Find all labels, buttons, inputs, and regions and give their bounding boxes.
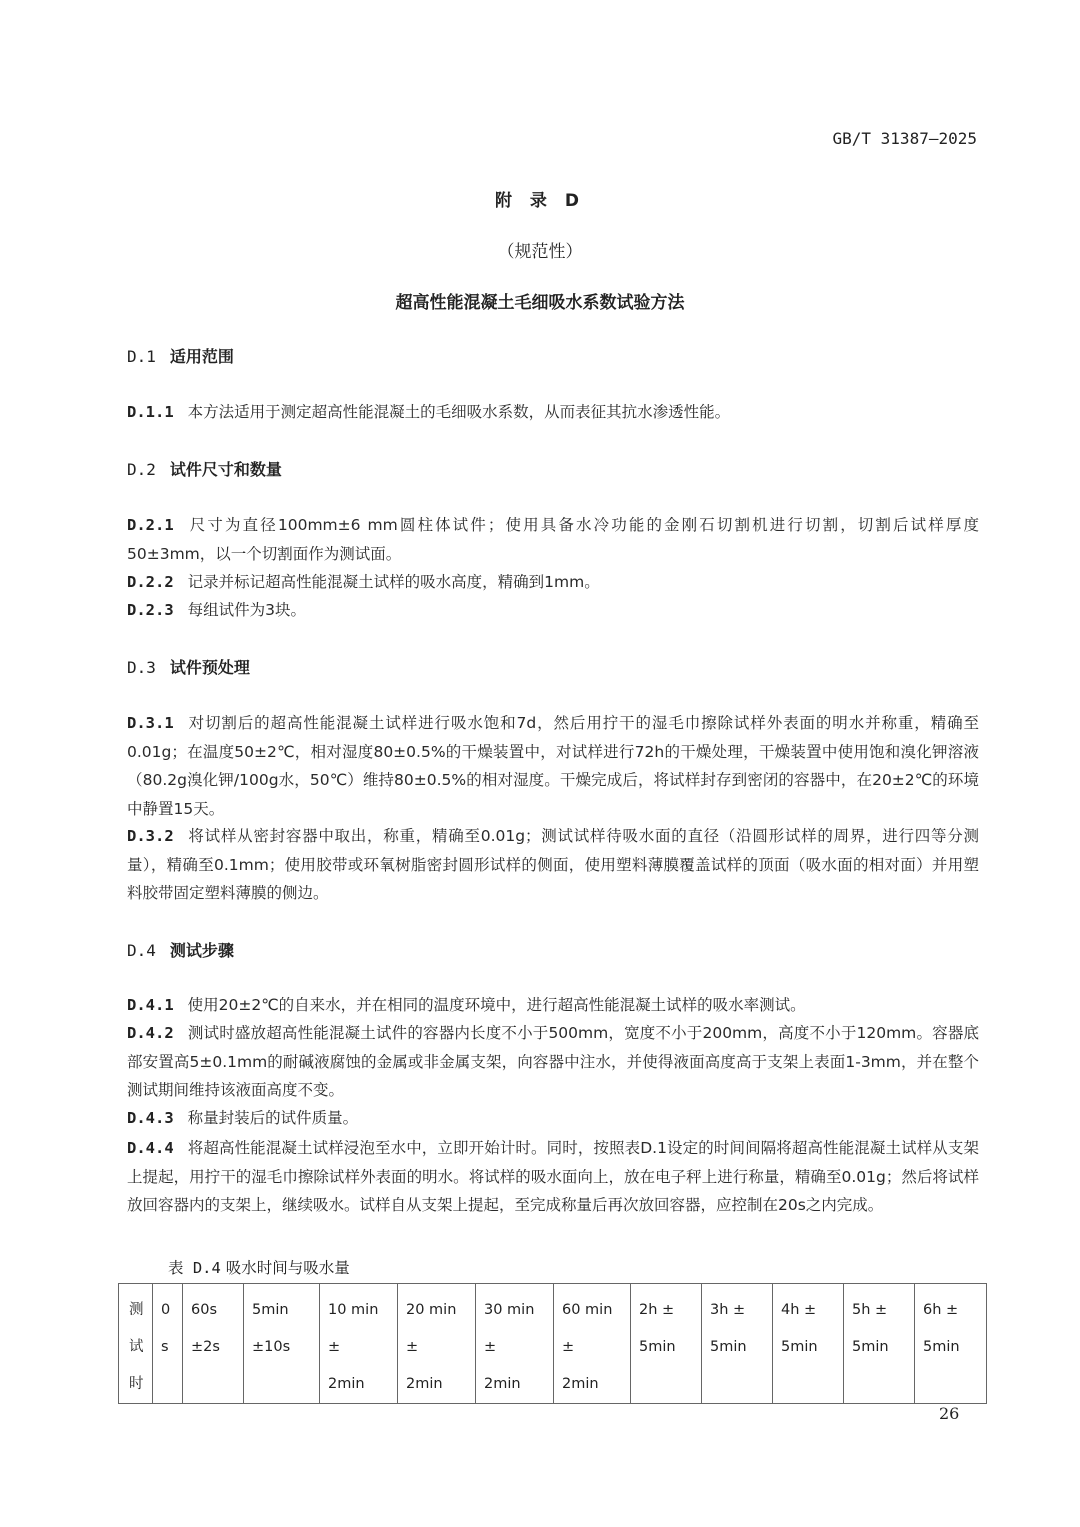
clause-number: D.3.2	[127, 827, 174, 845]
cell-line: 5min	[639, 1329, 695, 1366]
section-heading-d3: D.3试件预处理	[127, 655, 250, 678]
cell-line: 时	[129, 1366, 146, 1403]
section-heading-d1: D.1适用范围	[127, 344, 234, 367]
cell-line: 2h ±	[639, 1292, 695, 1329]
section-number: D.3	[127, 658, 156, 677]
clause-d3-2: D.3.2将试样从密封容器中取出，称重，精确至0.01g；测试试样待吸水面的直径…	[127, 822, 979, 908]
section-title: 测试步骤	[170, 941, 234, 960]
page-number: 26	[939, 1404, 959, 1423]
clause-d3-1: D.3.1对切割后的超高性能混凝土试样进行吸水饱和7d，然后用拧干的湿毛巾擦除试…	[127, 709, 979, 823]
section-title: 试件尺寸和数量	[170, 460, 282, 479]
table-caption: 表 D.4 吸水时间与吸水量	[168, 1256, 350, 1278]
cell-line: s	[161, 1329, 176, 1366]
table-cell: 4h ±5min	[773, 1284, 844, 1404]
table-cell: 6h ±5min	[915, 1284, 987, 1404]
table-cell: 60s ±2s	[183, 1284, 244, 1404]
cell-line: 5min	[852, 1329, 908, 1366]
cell-line: 测	[129, 1292, 146, 1329]
clause-d4-2: D.4.2测试时盛放超高性能混凝土试件的容器内长度不小于500mm，宽度不小于2…	[127, 1019, 979, 1105]
cell-line: ±	[406, 1329, 469, 1366]
cell-line: ±	[328, 1329, 391, 1366]
clause-number: D.3.1	[127, 714, 174, 732]
clause-text: 将试样从密封容器中取出，称重，精确至0.01g；测试试样待吸水面的直径（沿圆形试…	[127, 827, 979, 902]
table-row: 测试时0s60s ±2s5min ±10s10 min±2min20 min±2…	[119, 1284, 987, 1404]
cell-line: 2min	[406, 1366, 469, 1403]
table-cell: 2h ±5min	[631, 1284, 702, 1404]
clause-number: D.2.2	[127, 573, 174, 591]
table-cell: 60 min±2min	[554, 1284, 631, 1404]
normative-label: （规范性）	[0, 237, 1080, 262]
cell-line: 30 min	[484, 1292, 547, 1329]
clause-d4-3: D.4.3称量封装后的试件质量。	[127, 1104, 979, 1133]
cell-line: ±2s	[191, 1329, 237, 1366]
cell-line: 5min	[923, 1329, 980, 1366]
clause-d2-2: D.2.2记录并标记超高性能混凝土试样的吸水高度，精确到1mm。	[127, 568, 979, 597]
cell-line: 2min	[484, 1366, 547, 1403]
cell-line: 5h ±	[852, 1292, 908, 1329]
cell-line: 0	[161, 1292, 176, 1329]
clause-number: D.4.4	[127, 1139, 174, 1157]
appendix-title: 附 录 D	[0, 186, 1080, 211]
table-cell: 20 min±2min	[398, 1284, 476, 1404]
table-number: 表 D.4	[168, 1259, 221, 1277]
cell-line: ±	[562, 1329, 624, 1366]
cell-line: 60 min	[562, 1292, 624, 1329]
clause-text: 尺寸为直径100mm±6 mm圆柱体试件；使用具备水冷功能的金刚石切割机进行切割…	[127, 516, 979, 563]
section-title: 试件预处理	[170, 658, 250, 677]
clause-text: 称量封装后的试件质量。	[188, 1109, 359, 1127]
clause-number: D.2.1	[127, 516, 174, 534]
absorption-time-table: 测试时0s60s ±2s5min ±10s10 min±2min20 min±2…	[118, 1283, 987, 1404]
clause-number: D.1.1	[127, 403, 174, 421]
clause-d4-1: D.4.1使用20±2℃的自来水，并在相同的温度环境中，进行超高性能混凝土试样的…	[127, 991, 979, 1020]
cell-line: 5min	[252, 1292, 313, 1329]
section-number: D.4	[127, 941, 156, 960]
section-heading-d4: D.4测试步骤	[127, 938, 234, 961]
clause-text: 使用20±2℃的自来水，并在相同的温度环境中，进行超高性能混凝土试样的吸水率测试…	[188, 996, 806, 1014]
clause-text: 本方法适用于测定超高性能混凝土的毛细吸水系数，从而表征其抗水渗透性能。	[188, 403, 731, 421]
clause-d2-1: D.2.1尺寸为直径100mm±6 mm圆柱体试件；使用具备水冷功能的金刚石切割…	[127, 511, 979, 568]
cell-line: 6h ±	[923, 1292, 980, 1329]
cell-line: 10 min	[328, 1292, 391, 1329]
table-cell: 5min ±10s	[244, 1284, 320, 1404]
section-title: 适用范围	[170, 347, 234, 366]
section-number: D.1	[127, 347, 156, 366]
clause-number: D.4.2	[127, 1024, 174, 1042]
table-cell: 30 min±2min	[476, 1284, 554, 1404]
cell-line: 试	[129, 1329, 146, 1366]
cell-line: ±	[484, 1329, 547, 1366]
clause-d1-1: D.1.1本方法适用于测定超高性能混凝土的毛细吸水系数，从而表征其抗水渗透性能。	[127, 398, 979, 427]
clause-d2-3: D.2.3每组试件为3块。	[127, 596, 979, 625]
table-cell: 5h ±5min	[844, 1284, 915, 1404]
cell-line: 20 min	[406, 1292, 469, 1329]
standard-code: GB/T 31387—2025	[833, 129, 978, 148]
clause-number: D.4.3	[127, 1109, 174, 1127]
cell-line: 5min	[781, 1329, 837, 1366]
clause-number: D.4.1	[127, 996, 174, 1014]
cell-line: 2min	[328, 1366, 391, 1403]
cell-line: 3h ±	[710, 1292, 766, 1329]
table-cell: 10 min±2min	[320, 1284, 398, 1404]
section-number: D.2	[127, 460, 156, 479]
clause-text: 测试时盛放超高性能混凝土试件的容器内长度不小于500mm，宽度不小于200mm，…	[127, 1024, 979, 1099]
clause-text: 记录并标记超高性能混凝土试样的吸水高度，精确到1mm。	[188, 573, 600, 591]
table-cell: 0s	[153, 1284, 183, 1404]
section-heading-d2: D.2试件尺寸和数量	[127, 457, 282, 480]
cell-line: 5min	[710, 1329, 766, 1366]
table-row-header-cell: 测试时	[119, 1284, 153, 1404]
table-caption-text: 吸水时间与吸水量	[226, 1259, 350, 1277]
document-title: 超高性能混凝土毛细吸水系数试验方法	[0, 288, 1080, 313]
clause-text: 将超高性能混凝土试样浸泡至水中，立即开始计时。同时，按照表D.1设定的时间间隔将…	[127, 1139, 979, 1214]
cell-line: 4h ±	[781, 1292, 837, 1329]
cell-line: 2min	[562, 1366, 624, 1403]
cell-line: ±10s	[252, 1329, 313, 1366]
cell-line: 60s	[191, 1292, 237, 1329]
clause-d4-4: D.4.4将超高性能混凝土试样浸泡至水中，立即开始计时。同时，按照表D.1设定的…	[127, 1134, 979, 1220]
clause-number: D.2.3	[127, 601, 174, 619]
table-cell: 3h ±5min	[702, 1284, 773, 1404]
clause-text: 每组试件为3块。	[188, 601, 306, 619]
clause-text: 对切割后的超高性能混凝土试样进行吸水饱和7d，然后用拧干的湿毛巾擦除试样外表面的…	[127, 714, 979, 818]
